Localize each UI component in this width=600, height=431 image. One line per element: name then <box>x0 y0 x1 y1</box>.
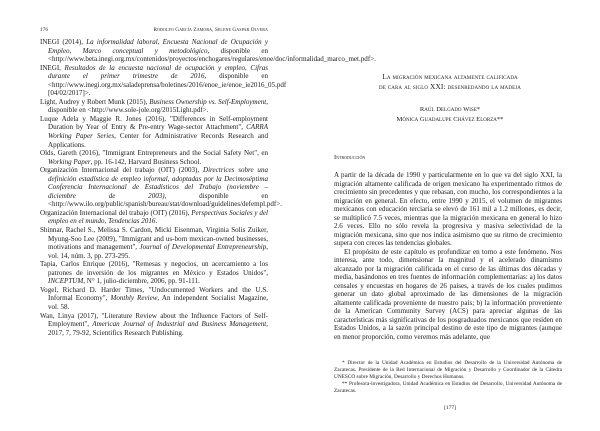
page-folio: [177] <box>300 405 600 411</box>
footnotes: * Director de la Unidad Académica en Est… <box>334 360 562 395</box>
right-page: La migración mexicana altamente califica… <box>300 0 600 431</box>
page-number: 176 <box>40 27 48 33</box>
reference-item: Luque Adela y Maggie R. Jones (2016), "D… <box>40 115 268 149</box>
running-head-authors: Rodolfo García Zamora, Selene Gaspar Olv… <box>153 27 268 33</box>
author-name: Mónica Guadalupe Chávez Elorza** <box>330 115 570 125</box>
chapter-title: La migración mexicana altamente califica… <box>330 72 570 92</box>
reference-item: INEGI, Resultados de la encuesta naciona… <box>40 64 268 98</box>
author-name: Raúl Delgado Wise* <box>330 105 570 115</box>
reference-item: Light, Audrey y Robert Munk (2015), Busi… <box>40 98 268 115</box>
reference-item: INEGI (2014), La informalidad laboral, E… <box>40 38 268 64</box>
left-page: 176 Rodolfo García Zamora, Selene Gaspar… <box>0 0 300 431</box>
footnote: * Director de la Unidad Académica en Est… <box>334 360 562 381</box>
reference-item: Organización Internacional del trabajo (… <box>40 166 268 209</box>
paragraph: El propósito de este capítulo es profund… <box>334 248 562 342</box>
chapter-authors: Raúl Delgado Wise* Mónica Guadalupe Cháv… <box>330 105 570 124</box>
reference-item: Organización Internacional del trabajo (… <box>40 209 268 226</box>
reference-item: Vogel, Richard D. Harder Times, "Undocum… <box>40 286 268 312</box>
reference-item: Wan, Linya (2017), "Literature Review ab… <box>40 312 268 338</box>
reference-item: Shinnar, Rachel S., Melissa S. Cardon, M… <box>40 226 268 260</box>
reference-list: INEGI (2014), La informalidad laboral, E… <box>40 38 268 337</box>
paragraph: A partir de la década de 1990 y particul… <box>334 171 562 248</box>
footnote: ** Profesora-investigadora, Unidad Acadé… <box>334 381 562 395</box>
body-text: A partir de la década de 1990 y particul… <box>334 171 562 341</box>
chapter-title-block: La migración mexicana altamente califica… <box>330 72 570 124</box>
reference-item: Tapia, Carlos Enrique (2016), "Remesas y… <box>40 260 268 286</box>
section-heading: Introducción <box>334 154 365 161</box>
reference-item: Olds, Gareth (2016), "Immigrant Entrepre… <box>40 149 268 166</box>
